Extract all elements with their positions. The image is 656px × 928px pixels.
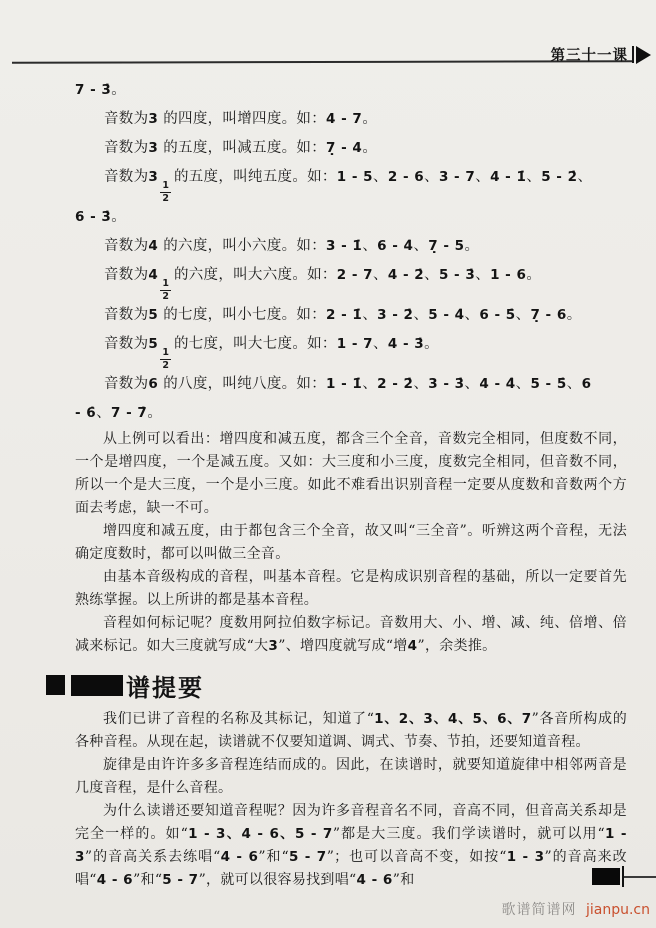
text-run: ”和“ [133,872,162,888]
text-run: 、 [362,238,377,254]
music-notation: 1 - 3 [507,849,545,865]
music-notation: 6 - 4̇ [377,238,413,254]
music-notation: 2 - 1̇ [326,307,362,323]
example-line: 音数为312的五度，叫纯五度。如：1 - 5、2 - 6、3 - 7、4 - 1… [75,163,627,203]
text-run: ”都是大三度。我们学读谱时，就可以用“ [333,826,605,842]
text-run: 的五度，叫减五度。如： [158,140,326,156]
header-divider [12,60,632,64]
site-url: jianpu.cn [586,902,650,918]
text-run: 、 [567,376,582,392]
text-run: 、 [373,336,388,352]
music-notation: 4 - 3̇ [388,336,424,352]
text-run: 的六度，叫大六度。如： [174,267,337,283]
music-notation: 5 - 4̇ [428,307,464,323]
paragraph: 音程如何标记呢？度数用阿拉伯数字标记。音数用大、小、增、减、纯、倍增、倍减来标记… [75,612,627,658]
section-title: 谱提要 [126,668,204,703]
text-run: 音数为 [104,376,148,392]
text-run: 的七度，叫大七度。如： [174,336,337,352]
music-notation: 4 [148,238,158,254]
text-run: 、 [577,169,592,185]
page-marker-rule [624,876,656,878]
section-marker-square [46,675,65,695]
text-run: 。 [526,267,541,283]
text-run: 、 [465,307,480,323]
text-run: ”和 [393,872,415,888]
section-marker-bar [71,675,123,696]
music-notation: 4 - 2̇ [388,267,424,283]
music-notation: 1 - 7 [337,336,373,352]
bookmark-triangle-icon [636,46,651,64]
example-line: 音数为4 的六度，叫小六度。如：3 - 1̇、6 - 4̇、7̣ - 5。 [75,232,627,261]
prose-block-2: 我们已讲了音程的名称及其标记，知道了“1、2、3、4、5、6、7”各音所构成的各… [75,708,627,892]
text-run: 我们已讲了音程的名称及其标记，知道了“ [103,711,374,727]
text-run: 。 [465,238,480,254]
example-line: 音数为5 的七度，叫小七度。如：2 - 1̇、3 - 2̇、5 - 4̇、6 -… [75,301,627,330]
text-run: 、 [424,169,439,185]
music-notation: 4 - 6 [97,872,133,888]
text-run: ”和“ [258,849,289,865]
text-run: ”、增四度就写成“增 [278,638,407,654]
page-number-marker [592,866,656,887]
music-notation: 2 - 6 [388,169,424,185]
text-run: ”，就可以很容易找到唱“ [199,872,357,888]
section-header: 谱提要 [46,671,627,699]
music-notation: 7̣ - 5 [428,238,464,254]
paragraph: 为什么读谱还要知道音程呢？因为许多音程音名不同，音高不同，但音高关系却是完全一样… [75,800,627,892]
site-name: 歌谱简谱网 [502,902,577,918]
music-notation: 5 - 5̇ [530,376,566,392]
text-run: 音数为 [104,267,148,283]
text-run: 的五度，叫纯五度。如： [174,169,337,185]
music-notation: 4 - 6 [221,849,259,865]
music-notation: 7 - 7̇ [111,405,147,421]
music-notation: 7̣ - 4 [326,140,362,156]
music-notation: 3 [148,140,158,156]
text-run: 的八度，叫纯八度。如： [158,376,326,392]
example-line: 音数为512的七度，叫大七度。如：1 - 7、4 - 3̇。 [75,330,627,370]
music-notation: 1 - 1̇ [326,376,362,392]
fraction: 12 [160,279,171,301]
music-notation: 5 [148,336,158,352]
music-notation: 6 - 5̇ [479,307,515,323]
page-header: 第三十一课 [551,44,652,65]
music-notation: 7 - 3̇ [75,82,111,98]
prose-block-1: 从上例可以看出：增四度和减五度，都含三个全音，音数完全相同，但度数不同，一个是增… [75,428,627,658]
example-line: 音数为3 的五度，叫减五度。如：7̣ - 4。 [75,134,627,163]
text-run: 从上例可以看出：增四度和减五度，都含三个全音，音数完全相同，但度数不同，一个是增… [75,431,627,516]
chapter-label: 第三十一课 [551,44,629,65]
music-notation: 1 - 6 [490,267,526,283]
text-run: 。 [362,111,377,127]
text-run: 、 [516,376,531,392]
music-notation: 5 - 3̇ [439,267,475,283]
music-notation: - 6̇ [75,405,96,421]
watermark: 歌谱简谱网 jianpu.cn [502,899,650,919]
text-run: 音数为 [104,111,148,127]
text-run: 由基本音级构成的音程，叫基本音程。它是构成识别音程的基础，所以一定要首先熟练掌握… [75,569,627,608]
text-run: 、 [413,307,428,323]
music-notation: 2 - 7 [337,267,373,283]
text-run: 、 [526,169,541,185]
text-run: 的四度，叫增四度。如： [158,111,326,127]
music-notation: 3 - 3̇ [428,376,464,392]
music-notation: 4 - 7 [326,111,362,127]
text-run: 音数为 [104,336,148,352]
music-notation: 3 [148,169,158,185]
text-run: ”；也可以音高不变，如按“ [327,849,507,865]
music-notation: 4 - 4̇ [479,376,515,392]
text-run: 、 [465,376,480,392]
scanned-book-page: 第三十一课 7 - 3̇。音数为3 的四度，叫增四度。如：4 - 7。音数为3 … [0,0,656,928]
text-run: 音数为 [104,140,148,156]
example-line: 音数为3 的四度，叫增四度。如：4 - 7。 [75,105,627,134]
example-line: 音数为412的六度，叫大六度。如：2 - 7、4 - 2̇、5 - 3̇、1 -… [75,261,627,301]
text-run: 、 [516,307,531,323]
text-run: ”，余类推。 [418,638,497,654]
music-notation: 5 - 2̇ [541,169,577,185]
text-run: 。 [567,307,582,323]
example-line: - 6̇、7 - 7̇。 [75,399,627,428]
text-run: 。 [362,140,377,156]
text-run: 、 [424,267,439,283]
paragraph: 旋律是由许许多多音程连结而成的。因此，在读谱时，就要知道旋律中相邻两音是几度音程… [75,754,627,800]
music-notation: 2 - 2̇ [377,376,413,392]
music-notation: 5 - 7 [162,872,198,888]
example-line: 7 - 3̇。 [75,76,627,105]
music-notation: 3 - 2̇ [377,307,413,323]
text-run: 。 [111,82,126,98]
music-notation: 6 [148,376,158,392]
music-notation: 4 [408,638,418,654]
music-notation: 6 - 3̇ [75,209,111,225]
music-notation: 5 [148,307,158,323]
text-run: 增四度和减五度，由于都包含三个全音，故又叫“三全音”。听辨这两个音程，无法确定度… [75,523,627,562]
header-tick [632,46,634,63]
music-notation: 4 - 1̇ [490,169,526,185]
music-notation: 6 [582,376,592,392]
music-notation: 1 - 5 [337,169,373,185]
fraction: 12 [160,181,171,203]
text-run: 音数为 [104,169,148,185]
music-notation: 3 [148,111,158,127]
text-run: 音数为 [104,307,148,323]
text-run: 、 [475,267,490,283]
music-notation: 4 - 6 [357,872,393,888]
example-line: 音数为6 的八度，叫纯八度。如：1 - 1̇、2 - 2̇、3 - 3̇、4 -… [75,370,627,399]
music-notation: 3 - 1̇ [326,238,362,254]
paragraph: 从上例可以看出：增四度和减五度，都含三个全音，音数完全相同，但度数不同，一个是增… [75,428,627,520]
text-run: 旋律是由许许多多音程连结而成的。因此，在读谱时，就要知道旋律中相邻两音是几度音程… [75,757,627,796]
text-run: 音数为 [104,238,148,254]
text-run: 、 [413,238,428,254]
music-notation: 4 [148,267,158,283]
text-run: 。 [424,336,439,352]
paragraph: 由基本音级构成的音程，叫基本音程。它是构成识别音程的基础，所以一定要首先熟练掌握… [75,566,627,612]
music-notation: 5 - 7 [289,849,327,865]
text-run: 、 [362,376,377,392]
text-run: 、 [413,376,428,392]
paragraph: 增四度和减五度，由于都包含三个全音，故又叫“三全音”。听辨这两个音程，无法确定度… [75,520,627,566]
example-line: 6 - 3̇。 [75,203,627,232]
page-content: 7 - 3̇。音数为3 的四度，叫增四度。如：4 - 7。音数为3 的五度，叫减… [75,76,627,892]
text-run: 、 [373,267,388,283]
paragraph: 我们已讲了音程的名称及其标记，知道了“1、2、3、4、5、6、7”各音所构成的各… [75,708,627,754]
text-run: 的七度，叫小七度。如： [158,307,326,323]
music-notation: 1 - 3、4 - 6、5 - 7 [188,826,333,842]
text-run: 。 [147,405,162,421]
page-marker-rect [592,868,620,885]
text-run: 。 [111,209,126,225]
text-run: 、 [96,405,111,421]
text-run: 的六度，叫小六度。如： [158,238,326,254]
examples-block: 7 - 3̇。音数为3 的四度，叫增四度。如：4 - 7。音数为3 的五度，叫减… [75,76,627,428]
fraction: 12 [160,348,171,370]
text-run: 、 [475,169,490,185]
music-notation: 3 - 7 [439,169,475,185]
text-run: ”的音高关系去练唱“ [85,849,221,865]
text-run: 、 [362,307,377,323]
music-notation: 1、2、3、4、5、6、7 [374,711,531,727]
text-run: 、 [373,169,388,185]
music-notation: 3 [268,638,278,654]
music-notation: 7̣ - 6 [530,307,566,323]
